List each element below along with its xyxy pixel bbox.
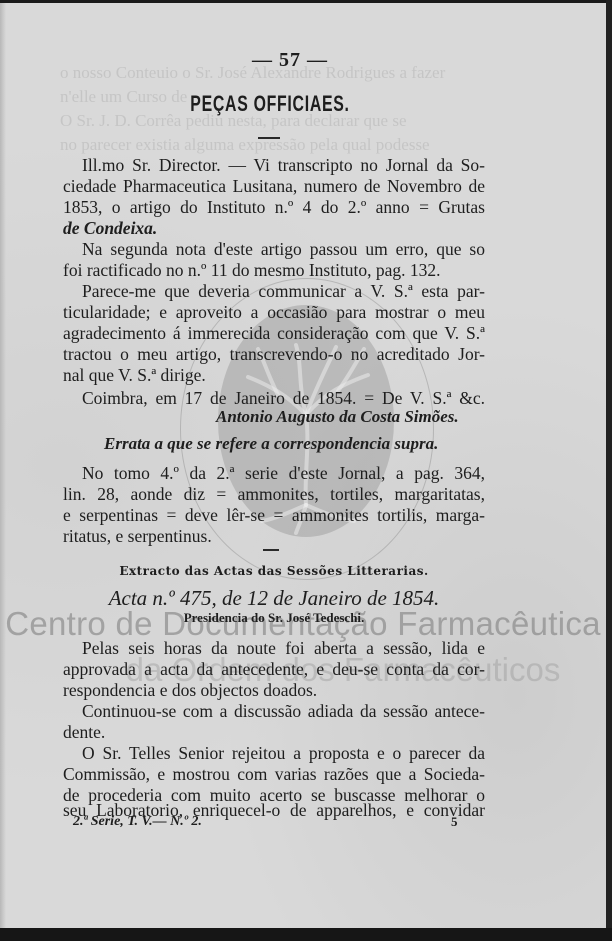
divider [258, 137, 280, 139]
letter-dateline: Coimbra, em 17 de Janeiro de 1854. = De … [82, 388, 485, 408]
minutes-line: O Sr. Telles Senior rejeitou a proposta … [82, 743, 485, 763]
letter-line: ticularidade; e aproveito a occasião par… [63, 302, 485, 322]
letter-line: tractou o meu artigo, transcrevendo-o no… [63, 344, 485, 364]
extract-heading: Extracto das Actas das Sessões Litterari… [0, 564, 548, 578]
section-title: PEÇAS OFFICIAES. [76, 91, 465, 117]
footer-sheet-number: 5 [451, 814, 458, 830]
letter-line: nal que V. S.ª dirige. [63, 365, 485, 385]
letter-line: Na segunda nota d'este artigo passou um … [82, 239, 485, 259]
page-gutter-shadow [0, 3, 6, 928]
letter-line: agradecimento á immerecida consideração … [63, 323, 485, 343]
presidency-line: Presidencia do Sr. José Tedeschi. [0, 610, 548, 626]
minutes-line: Continuou-se com a discussão adiada da s… [82, 701, 485, 721]
errata-line: ritatus, e serpentinus. [63, 526, 485, 546]
letter-line: ciedade Pharmaceutica Lusitana, numero d… [63, 176, 485, 196]
errata-title: Errata a que se refere a correspondencia… [104, 434, 438, 454]
minutes-line: Commissão, e mostrou com varias razões q… [63, 764, 485, 784]
errata-line: No tomo 4.º da 2.ª serie d'este Jornal, … [82, 463, 485, 483]
letter-line: Parece-me que deveria communicar a V. S.… [82, 281, 485, 301]
minutes-line: Pelas seis horas da noute foi aberta a s… [82, 638, 485, 658]
letter-line: Ill.mo Sr. Director. — Vi transcripto no… [82, 155, 485, 175]
errata-line: lin. 28, aonde diz = ammonites, tortiles… [63, 484, 485, 504]
minutes-line: respondencia e dos objectos doados. [63, 680, 485, 700]
letter-signature: Antonio Augusto da Costa Simões. [216, 407, 459, 427]
scan-edge-bottom [0, 928, 612, 941]
page-number: — 57 — [0, 49, 580, 72]
divider [263, 549, 279, 551]
bleed-through-text: no parecer existia alguma expressão pela… [60, 135, 560, 155]
document-page: o nosso Conteuio o Sr. José Alexandre Ro… [0, 3, 606, 928]
letter-line: foi ractificado no n.º 11 do mesmo Insti… [63, 260, 485, 280]
scan-edge-right [606, 0, 612, 941]
minutes-line: dente. [63, 722, 485, 742]
errata-line: e serpentinas = deve lêr-se = ammonites … [63, 505, 485, 525]
acta-title: Acta n.º 475, de 12 de Janeiro de 1854. [0, 586, 548, 611]
letter-line: de Condeixa. [63, 218, 485, 238]
letter-line: 1853, o artigo do Instituto n.º 4 do 2.º… [63, 197, 485, 217]
minutes-line: approvada a acta da antecedente, e deu-s… [63, 659, 485, 679]
footer-signature-mark: 2.ª Serie, T. V.— N.º 2. [73, 814, 202, 830]
